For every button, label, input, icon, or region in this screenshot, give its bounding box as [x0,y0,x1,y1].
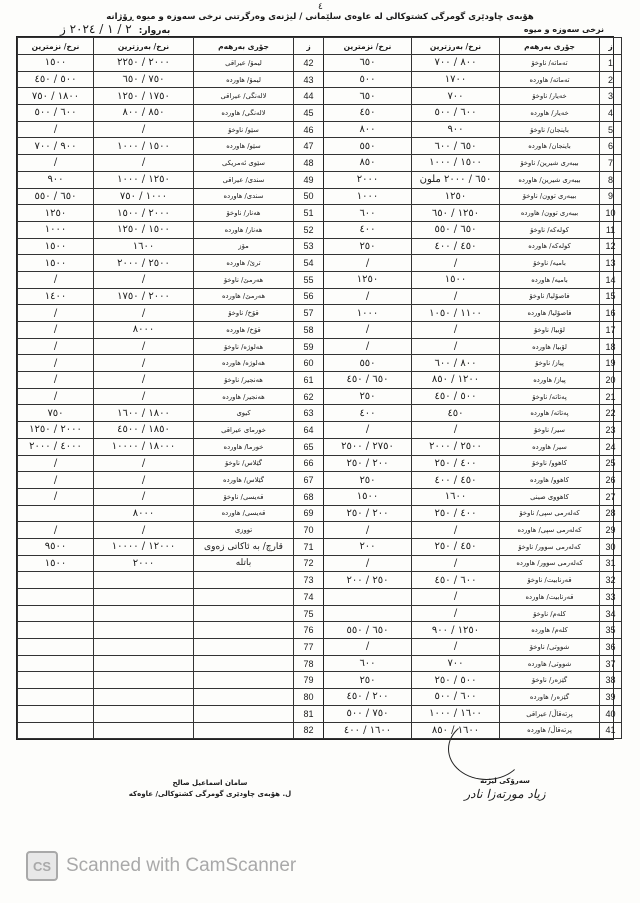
row-number: 18 [600,338,622,355]
min-price: / [18,355,94,372]
product-name [194,639,294,656]
row-number: 9 [600,188,622,205]
row-number: 2 [600,71,622,88]
row-number: 28 [600,505,622,522]
product-name: هەنار/ هاوردە [194,221,294,238]
max-price: ١٧٥٠ / ١٢٥٠ [94,88,194,105]
row-number: 8 [600,171,622,188]
product-name: خورما/ هاوردە [194,438,294,455]
max-price: ١٥٠٠ [412,271,500,288]
header-no-left: ز [294,38,324,55]
max-price: ٢٠٠٠ / ٢٢٥٠ [94,55,194,72]
row-number: 81 [294,705,324,722]
max-price: ٤٠٠ / ٢٥٠ [412,455,500,472]
max-price: ١٦٠٠ [94,238,194,255]
min-price: / [324,522,412,539]
table-row: 11کولەکە/ ناوخۆ٦٥٠ / ٥٥٠٤٠٠52هەنار/ هاور… [18,221,622,238]
min-price: / [324,338,412,355]
min-price: / [324,422,412,439]
product-name: کاهوو/ هاوردە [500,472,600,489]
row-number: 54 [294,255,324,272]
product-name: کەلەرمی سپی/ هاوردە [500,522,600,539]
min-price: ٢٧٥٠ / ٢٥٠٠ [324,438,412,455]
row-number: 39 [600,689,622,706]
min-price: / [324,639,412,656]
product-name [194,622,294,639]
min-price: ١٠٠٠ [324,305,412,322]
product-name: قەیسی/ ناوخۆ [194,488,294,505]
row-number: 57 [294,305,324,322]
watermark-text: Scanned with CamScanner [66,855,296,877]
product-name: قەرنابیت/ هاوردە [500,589,600,606]
table-row: 23سیر/ ناوخۆ//64خورمای عیراقی١٨٥٠ / ٤٥٠٠… [18,422,622,439]
max-price: / [412,605,500,622]
max-price: ٩٠٠ [412,121,500,138]
signature-committee-head: سەرۆکی لیژنە زیاد مورتەزا نادر [455,777,555,801]
row-number: 62 [294,388,324,405]
row-number: 36 [600,639,622,656]
min-price: ٦٠٠ [324,655,412,672]
product-name: قەیسی/ هاوردە [194,505,294,522]
product-name: سندی/ هاوردە [194,188,294,205]
row-number: 12 [600,238,622,255]
min-price: ٤٥٠ [324,105,412,122]
product-name: مۆز [194,238,294,255]
min-price: ٨٥٠ [324,155,412,172]
row-number: 10 [600,205,622,222]
row-number: 33 [600,589,622,606]
min-price: ١٦٠٠ / ٤٠٠ [324,722,412,739]
product-name [194,722,294,739]
camscanner-watermark: CS Scanned with CamScanner [26,851,296,881]
min-price: ٦٠٠ [324,205,412,222]
min-price: ١٥٠٠ [18,255,94,272]
row-number: 65 [294,438,324,455]
max-price: ٨٠٠٠ [94,505,194,522]
row-number: 67 [294,472,324,489]
product-name: تەماتە/ هاوردە [500,71,600,88]
row-number: 43 [294,71,324,88]
product-name [194,572,294,589]
max-price [94,639,194,656]
product-name: هەرمێ/ هاوردە [194,288,294,305]
max-price: ٦٥٠ / ٢٠٠٠ ملون [412,171,500,188]
max-price: / [412,589,500,606]
product-name: تەماتە/ ناوخۆ [500,55,600,72]
table-row: 5باینجان/ ناوخۆ٩٠٠٨٠٠46سێو/ ناوخۆ// [18,121,622,138]
min-price: / [18,388,94,405]
product-name: فاصۆلیا/ هاوردە [500,305,600,322]
min-price: ٩٠٠ / ٧٠٠ [18,138,94,155]
document-date: بەروار: ٢ / ١ / ٢٠٢٤ ز [60,22,170,36]
max-price: ١٥٠٠ / ١٢٥٠ [94,221,194,238]
min-price: ٩٠٠ [18,171,94,188]
max-price: / [412,555,500,572]
max-price: ٢٠٠٠ [94,555,194,572]
table-row: 39گێزەر/ هاوردە٦٠٠ / ٥٠٠٢٠٠ / ٤٥٠80 [18,689,622,706]
min-price: ٢٠٠ [324,538,412,555]
row-number: 35 [600,622,622,639]
row-number: 50 [294,188,324,205]
product-name: خەیار/ هاوردە [500,105,600,122]
product-name: فاصۆلیا/ ناوخۆ [500,288,600,305]
min-price: ٨٠٠ [324,121,412,138]
table-row: 28کەلەرمی سپی/ ناوخۆ٤٠٠ / ٢٥٠٢٠٠ / ٢٥٠69… [18,505,622,522]
min-price [18,622,94,639]
min-price: ١٠٠٠ [324,188,412,205]
min-price: ٥٥٠ [324,138,412,155]
row-number: 82 [294,722,324,739]
min-price [18,605,94,622]
row-number: 79 [294,672,324,689]
table-row: 7بیبەری شیرین/ ناوخۆ١٥٠٠ / ١٠٠٠٨٥٠48سێوی… [18,155,622,172]
max-price: ٤٥٠ / ٢٥٠ [412,538,500,555]
date-label: بەروار: [139,26,170,36]
row-number: 70 [294,522,324,539]
table-row: 3خەیار/ ناوخۆ٧٠٠٦٥٠44لالەنگی/ عیراقی١٧٥٠… [18,88,622,105]
min-price: / [18,121,94,138]
table-header-row: ز جۆری بەرهەم نرخ/ بەرزترین نرخ/ نزمترین… [18,38,622,55]
max-price: / [94,455,194,472]
table-row: 4خەیار/ هاوردە٦٠٠ / ٥٠٠٤٥٠45لالەنگی/ هاو… [18,105,622,122]
price-table-grid: ز جۆری بەرهەم نرخ/ بەرزترین نرخ/ نزمترین… [17,37,622,739]
table-row: 22پەتاتە/ هاوردە٤٥٠٤٠٠63کیوی١٨٠٠ / ١٦٠٠٧… [18,405,622,422]
product-name: قەرنابیت/ ناوخۆ [500,572,600,589]
table-row: 36شووتی/ ناوخۆ//77 [18,639,622,656]
min-price: ٩٥٠٠ [18,538,94,555]
min-price [18,589,94,606]
header-product-right: جۆری بەرهەم [500,38,600,55]
min-price: ٧٥٠ [18,405,94,422]
max-price: / [94,338,194,355]
min-price: ٥٠٠ [324,71,412,88]
min-price: ١٤٠٠ [18,288,94,305]
min-price: / [18,455,94,472]
max-price: ٧٥٠ / ٦٥٠ [94,71,194,88]
product-name: هەرمێ/ ناوخۆ [194,271,294,288]
row-number: 29 [600,522,622,539]
date-value: ٢ / ١ / ٢٠٢٤ ز [60,22,132,36]
min-price: / [18,472,94,489]
row-number: 11 [600,221,622,238]
product-name [194,589,294,606]
product-name: باینجان/ ناوخۆ [500,121,600,138]
max-price: / [94,355,194,372]
min-price [324,589,412,606]
product-name: کلەم/ ناوخۆ [500,605,600,622]
min-price: ٦٠٠ / ٥٠٠ [18,105,94,122]
max-price: / [94,472,194,489]
min-price: ٦٥٠ [324,88,412,105]
max-price: ١٢٠٠ / ٨٥٠ [412,372,500,389]
row-number: 55 [294,271,324,288]
row-number: 3 [600,88,622,105]
product-name: پیاز/ هاوردە [500,372,600,389]
min-price: / [18,271,94,288]
table-row: 10بیبەری توون/ هاوردە١٢٥٠ / ٦٥٠٦٠٠51هەنا… [18,205,622,222]
max-price: ٥٠٠ / ٢٥٠ [412,672,500,689]
row-number: 32 [600,572,622,589]
max-price: / [412,338,500,355]
row-number: 68 [294,488,324,505]
product-name: شووتی/ هاوردە [500,655,600,672]
product-name: باتلە [194,555,294,572]
table-row: 17لۆبیا/ ناوخۆ//58قۆخ/ هاوردە٨٠٠٠/ [18,322,622,339]
max-price: ٦٠٠ / ٤٥٠ [412,572,500,589]
product-name: کولەکە/ هاوردە [500,238,600,255]
min-price [18,705,94,722]
max-price [94,572,194,589]
min-price: ٥٥٠ [324,355,412,372]
max-price [94,655,194,672]
max-price: ١٧٠٠ [412,71,500,88]
min-price: ٤٠٠ [324,221,412,238]
product-name: سێو/ ناوخۆ [194,121,294,138]
row-number: 6 [600,138,622,155]
product-name: شووتی/ ناوخۆ [500,639,600,656]
product-name: هەنجیر/ ناوخۆ [194,372,294,389]
max-price: / [94,271,194,288]
max-price: / [412,639,500,656]
min-price: ١٨٠٠ / ٧٥٠ [18,88,94,105]
table-row: 33قەرنابیت/ هاوردە/74 [18,589,622,606]
min-price: ١٢٥٠ [18,205,94,222]
max-price: / [94,388,194,405]
signature-left-name: سامان اسماعیل صالح [120,778,300,789]
row-number: 69 [294,505,324,522]
table-body: 1تەماتە/ ناوخۆ٨٠٠ / ٧٠٠٦٥٠42لیمۆ/ عیراقی… [18,55,622,739]
signature-right-label: سەرۆکی لیژنە [455,777,555,785]
document-title: هۆبەی چاودێری گومرگی کشتوکالی لە عاوەی س… [80,12,560,22]
product-name: لیمۆ/ عیراقی [194,55,294,72]
row-number: 15 [600,288,622,305]
min-price: ١٥٠٠ [18,55,94,72]
product-name: قۆخ/ ناوخۆ [194,305,294,322]
row-number: 27 [600,488,622,505]
product-name: سێوی ئەمریکی [194,155,294,172]
max-price: / [412,288,500,305]
row-number: 4 [600,105,622,122]
row-number: 16 [600,305,622,322]
product-name: قارچ/ بە ئاکاتی زەوی [194,538,294,555]
table-row: 41پرتەقاڵ/ هاوردە١٦٠٠ / ٨٥٠١٦٠٠ / ٤٠٠82 [18,722,622,739]
max-price: / [94,155,194,172]
product-name: بیبەری شیرین/ هاوردە [500,171,600,188]
table-row: 14بامیە/ هاوردە١٥٠٠١٢٥٠55هەرمێ/ ناوخۆ// [18,271,622,288]
table-row: 29کەلەرمی سپی/ هاوردە//70تووزی// [18,522,622,539]
product-name: قۆخ/ هاوردە [194,322,294,339]
min-price: ٢٠٠ / ٢٥٠ [324,505,412,522]
signature-stroke [448,718,525,780]
max-price: ٧٠٠ [412,88,500,105]
min-price [18,572,94,589]
max-price: ١٢٠٠٠ / ١٠٠٠٠ [94,538,194,555]
max-price: ٨٥٠ / ٨٠٠ [94,105,194,122]
table-row: 8بیبەری شیرین/ هاوردە٦٥٠ / ٢٠٠٠ ملون٢٠٠٠… [18,171,622,188]
row-number: 13 [600,255,622,272]
max-price [94,622,194,639]
product-name: گێلاس/ هاوردە [194,472,294,489]
row-number: 20 [600,372,622,389]
min-price: ٦٥٠ / ٥٥٠ [324,622,412,639]
row-number: 5 [600,121,622,138]
min-price: ٢٥٠ [324,238,412,255]
table-row: 6باینجان/ هاوردە٦٥٠ / ٦٠٠٥٥٠47سێو/ هاورد… [18,138,622,155]
product-name: پەتاتە/ ناوخۆ [500,388,600,405]
row-number: 31 [600,555,622,572]
row-number: 34 [600,605,622,622]
min-price [18,505,94,522]
min-price: ٦٥٠ / ٥٥٠ [18,188,94,205]
table-row: 15فاصۆلیا/ ناوخۆ//56هەرمێ/ هاوردە٢٠٠٠ / … [18,288,622,305]
table-row: 38گێزەر/ ناوخۆ٥٠٠ / ٢٥٠٢٥٠79 [18,672,622,689]
max-price: / [94,121,194,138]
row-number: 41 [600,722,622,739]
product-name: گێزەر/ ناوخۆ [500,672,600,689]
row-number: 38 [600,672,622,689]
row-number: 26 [600,472,622,489]
row-number: 1 [600,55,622,72]
product-name: بیبەری توون/ ناوخۆ [500,188,600,205]
table-row: 24سیر/ هاوردە٢٥٠٠ / ٢٠٠٠٢٧٥٠ / ٢٥٠٠65خور… [18,438,622,455]
header-min-left: نرخ/ نزمترین [18,38,94,55]
table-row: 35کلەم/ هاوردە١٢٥٠ / ٩٠٠٦٥٠ / ٥٥٠76 [18,622,622,639]
max-price [94,589,194,606]
min-price: ١٥٠٠ [18,238,94,255]
max-price: ٢٠٠٠ / ١٥٠٠ [94,205,194,222]
header-max-left: نرخ/ بەرزترین [94,38,194,55]
min-price: / [18,372,94,389]
table-row: 20پیاز/ هاوردە١٢٠٠ / ٨٥٠٦٥٠ / ٤٥٠61هەنجی… [18,372,622,389]
max-price: ٤٥٠ [412,405,500,422]
min-price: ١٥٠٠ [324,488,412,505]
min-price: ٢٥٠ [324,472,412,489]
row-number: 21 [600,388,622,405]
product-name: تووزی [194,522,294,539]
max-price: ١٥٠٠ / ١٠٠٠ [94,138,194,155]
min-price: ٢٥٠ / ٢٠٠ [324,572,412,589]
min-price: ٧٥٠ / ٥٠٠ [324,705,412,722]
min-price [18,689,94,706]
product-name: کلەم/ هاوردە [500,622,600,639]
header-max-right: نرخ/ بەرزترین [412,38,500,55]
row-number: 45 [294,105,324,122]
row-number: 7 [600,155,622,172]
max-price: / [94,305,194,322]
row-number: 37 [600,655,622,672]
product-name: بامیە/ ناوخۆ [500,255,600,272]
product-name: خورمای عیراقی [194,422,294,439]
max-price: / [94,372,194,389]
product-name: بیبەری شیرین/ ناوخۆ [500,155,600,172]
max-price: ١٢٥٠ / ٩٠٠ [412,622,500,639]
row-number: 61 [294,372,324,389]
product-name: کولەکە/ ناوخۆ [500,221,600,238]
row-number: 58 [294,322,324,339]
max-price [94,689,194,706]
min-price: / [324,255,412,272]
min-price: ٥٠٠ / ٤٥٠ [18,71,94,88]
product-name: هەنار/ ناوخۆ [194,205,294,222]
max-price: ١٨٠٠ / ١٦٠٠ [94,405,194,422]
row-number: 77 [294,639,324,656]
max-price: / [412,255,500,272]
product-name: بامیە/ هاوردە [500,271,600,288]
max-price: ٨٠٠ / ٧٠٠ [412,55,500,72]
product-name: خەیار/ ناوخۆ [500,88,600,105]
product-name [194,689,294,706]
max-price: / [412,322,500,339]
product-name: باینجان/ هاوردە [500,138,600,155]
product-name: سیر/ هاوردە [500,438,600,455]
max-price: ١٠٠٠ / ٧٥٠ [94,188,194,205]
min-price [18,722,94,739]
table-row: 9بیبەری توون/ ناوخۆ١٢٥٠١٠٠٠50سندی/ هاورد… [18,188,622,205]
min-price: / [324,322,412,339]
product-name: سیر/ ناوخۆ [500,422,600,439]
max-price: ٢٥٠٠ / ٢٠٠٠ [412,438,500,455]
max-price: ٦٠٠ / ٥٠٠ [412,105,500,122]
row-number: 71 [294,538,324,555]
min-price: ٤٠٠٠ / ٢٠٠٠ [18,438,94,455]
min-price: / [324,288,412,305]
min-price [18,672,94,689]
table-row: 26کاهوو/ هاوردە٤٥٠ / ٤٠٠٢٥٠67گێلاس/ هاور… [18,472,622,489]
max-price: ١٢٥٠ [412,188,500,205]
min-price: ٢٠٠ / ٤٥٠ [324,689,412,706]
row-number: 22 [600,405,622,422]
table-row: 13بامیە/ ناوخۆ//54ترێ/ هاوردە٢٥٠٠ / ٢٠٠٠… [18,255,622,272]
product-name: کاهووی صینی [500,488,600,505]
min-price: / [18,488,94,505]
row-number: 47 [294,138,324,155]
product-name: سێو/ هاوردە [194,138,294,155]
max-price: / [94,488,194,505]
signature-left-title: ل. هۆبەی چاودێری گومرگی کشتوکالی/ عاوەکە [120,789,300,800]
min-price: ٤٠٠ [324,405,412,422]
product-name: گێلاس/ ناوخۆ [194,455,294,472]
row-number: 64 [294,422,324,439]
table-row: 2تەماتە/ هاوردە١٧٠٠٥٠٠43لیمۆ/ هاوردە٧٥٠ … [18,71,622,88]
row-number: 74 [294,589,324,606]
row-number: 46 [294,121,324,138]
signature-official: سامان اسماعیل صالح ل. هۆبەی چاودێری گومر… [120,778,300,800]
row-number: 48 [294,155,324,172]
table-row: 37شووتی/ هاوردە٧٠٠٦٠٠78 [18,655,622,672]
product-name [194,605,294,622]
min-price: ٢٠٠٠ [324,171,412,188]
product-name: پەتاتە/ هاوردە [500,405,600,422]
product-name: کیوی [194,405,294,422]
max-price: ٢٥٠٠ / ٢٠٠٠ [94,255,194,272]
max-price: ١٢٥٠ / ١٠٠٠ [94,171,194,188]
max-price [94,722,194,739]
max-price: ٦٠٠ / ٥٠٠ [412,689,500,706]
table-row: 18لۆبیا/ هاوردە//59هەلوژە/ ناوخۆ// [18,338,622,355]
product-name: پیاز/ ناوخۆ [500,355,600,372]
row-number: 25 [600,455,622,472]
table-row: 19پیاز/ ناوخۆ٨٠٠ / ٦٠٠٥٥٠60هەلوژە/ هاورد… [18,355,622,372]
table-row: 21پەتاتە/ ناوخۆ٥٠٠ / ٤٥٠٢٥٠62هەنجیر/ هاو… [18,388,622,405]
max-price [94,672,194,689]
table-row: 32قەرنابیت/ ناوخۆ٦٠٠ / ٤٥٠٢٥٠ / ٢٠٠73 [18,572,622,589]
min-price: / [18,155,94,172]
min-price [18,655,94,672]
max-price: ١٨٠٠٠ / ١٠٠٠٠ [94,438,194,455]
product-name: کەلەرمی سوور/ ناوخۆ [500,538,600,555]
product-name: هەنجیر/ هاوردە [194,388,294,405]
min-price: ٢٠٠٠ / ١٢٥٠ [18,422,94,439]
